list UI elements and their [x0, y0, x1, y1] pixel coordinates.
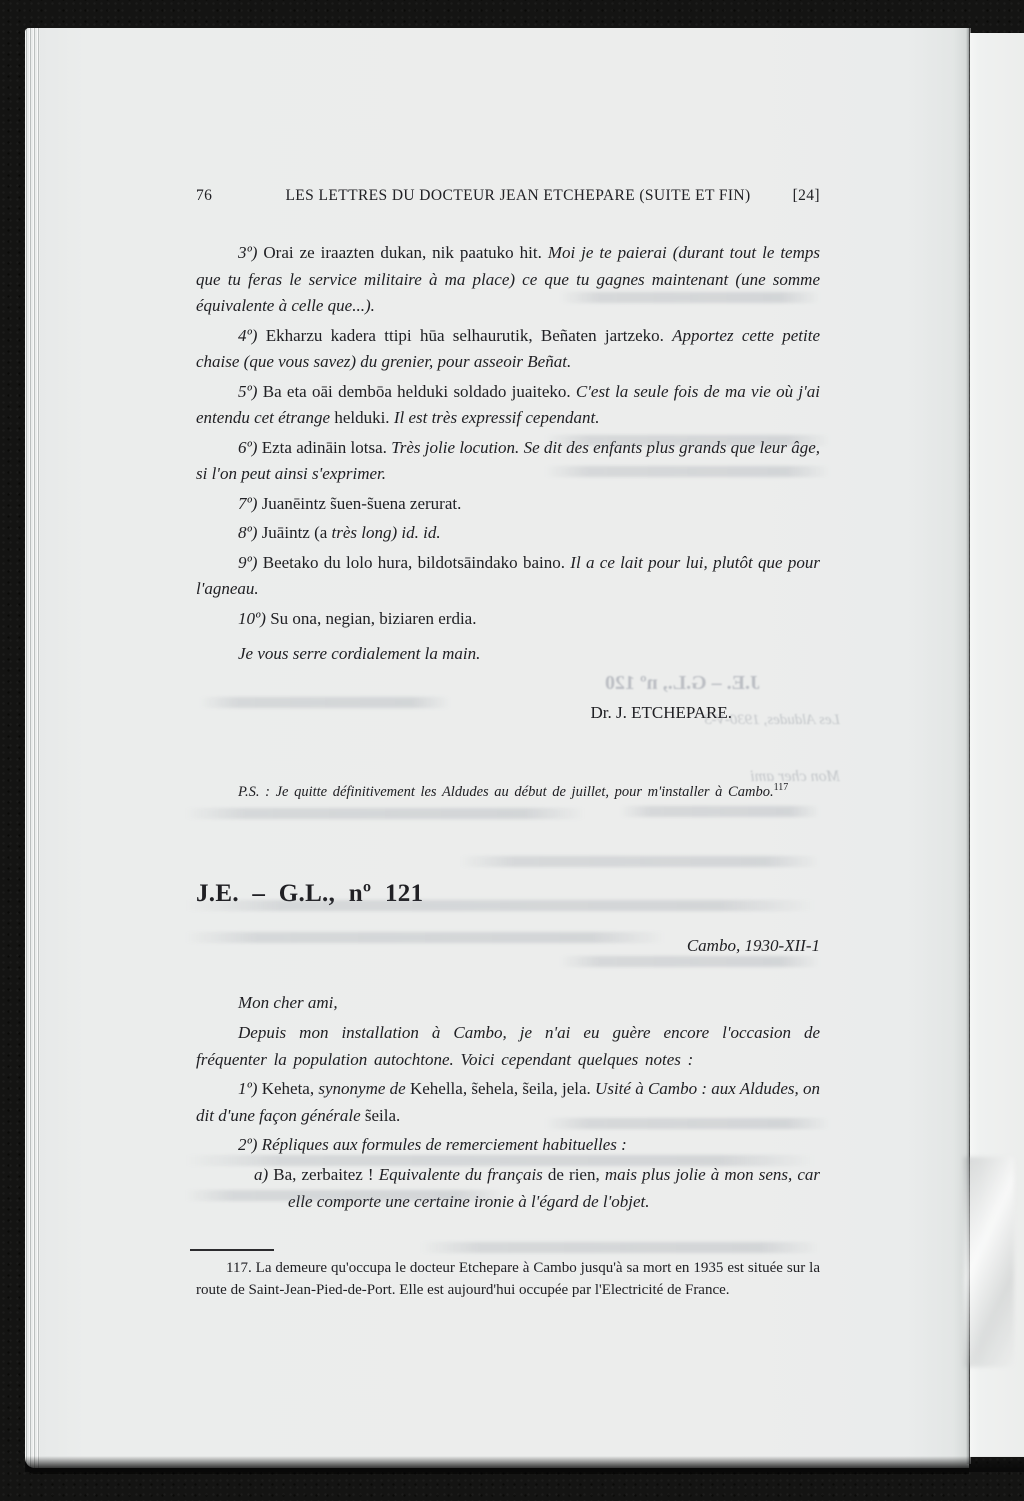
text-run: synonyme de	[318, 1079, 410, 1098]
text-run: très long) id. id.	[332, 523, 441, 542]
text-run: Kehella, s̃ehela, s̃eila, jela.	[410, 1079, 595, 1098]
text-run: Juāintz (a	[262, 523, 332, 542]
page-text-column: 76 LES LETTRES DU DOCTEUR JEAN ETCHEPARE…	[196, 186, 820, 1301]
closing-line: Je vous serre cordialement la main.	[196, 641, 820, 668]
text-run: de rien,	[548, 1165, 605, 1184]
page-number: 76	[196, 186, 256, 206]
footnote-117: 117. La demeure qu'occupa le docteur Etc…	[196, 1257, 820, 1301]
text-run: Mon cher ami,	[238, 993, 338, 1012]
bleedthrough-text: Mon cher ami	[700, 768, 840, 786]
bleedthrough-streak	[420, 1242, 820, 1253]
text-run: Ezta adināin lotsa.	[262, 438, 391, 457]
running-title: LES LETTRES DU DOCTEUR JEAN ETCHEPARE (S…	[285, 186, 750, 206]
scanned-book-photo: 76 LES LETTRES DU DOCTEUR JEAN ETCHEPARE…	[0, 0, 1024, 1501]
reply-a: a) Ba, zerbaitez ! Equivalente du frança…	[196, 1162, 820, 1215]
bleedthrough-streak	[185, 932, 665, 943]
text-run: Keheta,	[262, 1079, 319, 1098]
text-run: 2º) Répliques aux formules de remercieme…	[238, 1135, 627, 1154]
text-run: 9º)	[238, 553, 263, 572]
page-wrinkle	[964, 1157, 1014, 1367]
bleedthrough-streak	[545, 435, 830, 446]
text-run: Ba eta oāi dembōa helduki soldado juaite…	[263, 382, 576, 401]
salutation: Mon cher ami,	[196, 990, 820, 1017]
text-run: Juanēintz s̃uen-s̃uena zerurat.	[262, 494, 462, 513]
bleedthrough-streak	[560, 292, 820, 303]
bleedthrough-text: Les Aldudes, 1930-V-3	[655, 712, 840, 729]
text-run: 1º)	[238, 1079, 262, 1098]
text-run: 6º)	[238, 438, 262, 457]
footnote-rule	[190, 1249, 274, 1251]
running-header: 76 LES LETTRES DU DOCTEUR JEAN ETCHEPARE…	[196, 186, 820, 206]
adjacent-page	[970, 33, 1024, 1457]
bleedthrough-streak	[185, 808, 585, 819]
bleedthrough-streak	[185, 900, 815, 911]
text-run: P.S. : Je quitte définitivement les Aldu…	[238, 784, 774, 800]
bleedthrough-streak	[545, 466, 830, 477]
text-run: a)	[254, 1165, 273, 1184]
text-run: Ekharzu kadera ttipi hūa selhaurutik, Be…	[266, 326, 672, 345]
note-8: 8º) Juāintz (a très long) id. id.	[196, 520, 820, 547]
text-run: s̃eila.	[365, 1106, 400, 1125]
page-bottom-shadow	[25, 1456, 1024, 1472]
bleedthrough-streak	[545, 1118, 830, 1129]
text-run: 4º)	[238, 326, 266, 345]
bleedthrough-text: J.E. – G.L., nº 120	[545, 672, 760, 695]
bleedthrough-streak	[200, 697, 450, 708]
text-run: 10º)	[238, 609, 270, 628]
bleedthrough-streak	[460, 856, 820, 867]
bleedthrough-streak	[185, 1190, 505, 1201]
bleedthrough-streak	[185, 1155, 815, 1166]
page-edge-stack	[25, 28, 40, 1468]
note-7: 7º) Juanēintz s̃uen-s̃uena zerurat.	[196, 491, 820, 518]
text-run: 5º)	[238, 382, 263, 401]
bleedthrough-streak	[560, 956, 820, 967]
text-run: Orai ze iraazten dukan, nik paatuko hit.	[263, 243, 547, 262]
text-run: Ba, zerbaitez !	[273, 1165, 378, 1184]
text-run: Su ona, negian, biziaren erdia.	[270, 609, 476, 628]
text-run: Depuis mon installation à Cambo, je n'ai…	[196, 1023, 820, 1069]
text-run: Je vous serre cordialement la main.	[238, 644, 480, 663]
text-run: Beetako du lolo hura, bildotsāindako bai…	[263, 553, 571, 572]
note-4: 4º) Ekharzu kadera ttipi hūa selhaurutik…	[196, 323, 820, 376]
note-9: 9º) Beetako du lolo hura, bildotsāindako…	[196, 550, 820, 603]
text-run: 3º)	[238, 243, 263, 262]
note-5: 5º) Ba eta oāi dembōa helduki soldado ju…	[196, 379, 820, 432]
intro-paragraph: Depuis mon installation à Cambo, je n'ai…	[196, 1020, 820, 1073]
note-10: 10º) Su ona, negian, biziaren erdia.	[196, 606, 820, 633]
text-run: Equivalente du français	[379, 1165, 548, 1184]
text-run: 8º)	[238, 523, 262, 542]
text-run: 117. La demeure qu'occupa le docteur Etc…	[196, 1260, 820, 1298]
issue-number: [24]	[780, 186, 820, 206]
text-run: 7º)	[238, 494, 262, 513]
text-run: Il est très expressif cependant.	[394, 408, 600, 427]
note-3: 3º) Orai ze iraazten dukan, nik paatuko …	[196, 240, 820, 320]
bleedthrough-streak	[620, 806, 820, 817]
text-run: Cambo, 1930-XII-1	[687, 936, 820, 955]
text-run: helduki.	[334, 408, 394, 427]
